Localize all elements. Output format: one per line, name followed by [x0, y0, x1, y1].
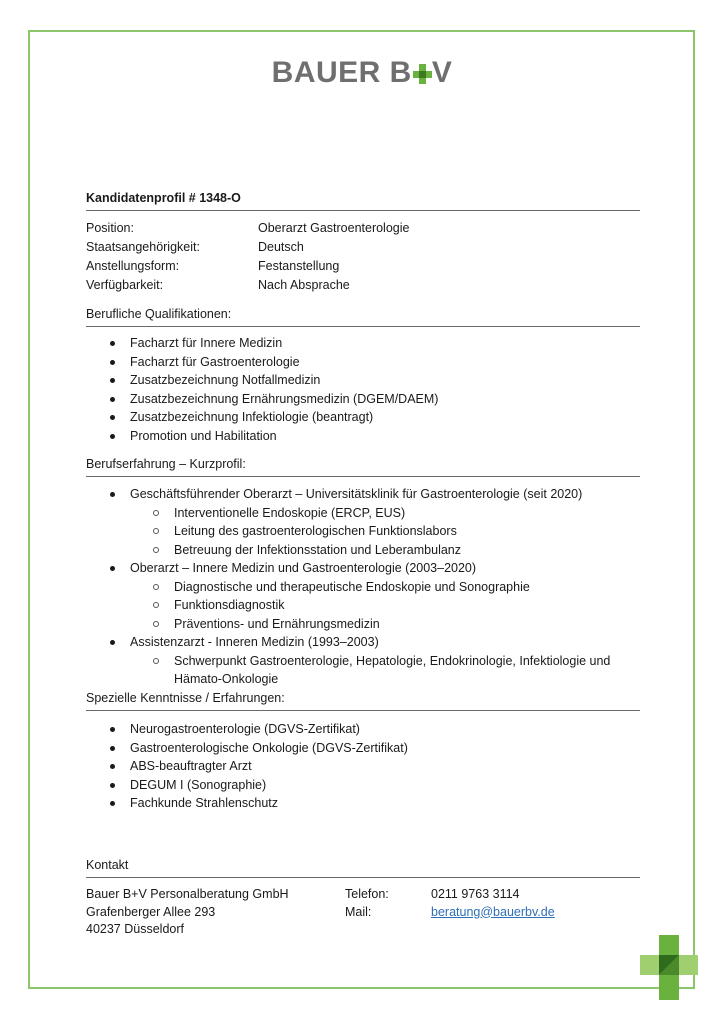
sub-list-item: Interventionelle Endoskopie (ERCP, EUS)	[130, 504, 646, 523]
bullet-icon	[110, 764, 115, 769]
list-item: Oberarzt – Innere Medizin und Gastroente…	[86, 559, 646, 633]
green-plus-icon	[413, 62, 431, 84]
bullet-icon	[110, 801, 115, 806]
contact-address: Bauer B+V Personalberatung GmbH Grafenbe…	[86, 886, 346, 939]
logo-text-right: V	[432, 56, 453, 89]
field-label: Staatsangehörigkeit:	[86, 238, 258, 257]
list-item: Gastroenterologische Onkologie (DGVS-Zer…	[86, 739, 646, 758]
sub-list-item: Präventions- und Ernährungsmedizin	[130, 615, 646, 634]
field-value: Nach Absprache	[258, 276, 350, 295]
field-label: Anstellungsform:	[86, 257, 258, 276]
circle-bullet-icon	[153, 602, 159, 608]
list-item: Zusatzbezeichnung Notfallmedizin	[86, 371, 646, 390]
street: Grafenberger Allee 293	[86, 904, 346, 922]
sub-list-item: Leitung des gastroenterologischen Funkti…	[130, 522, 646, 541]
company-name: Bauer B+V Personalberatung GmbH	[86, 886, 346, 904]
sub-list-item: Funktionsdiagnostik	[130, 596, 646, 615]
circle-bullet-icon	[153, 528, 159, 534]
sub-list: Schwerpunkt Gastroenterologie, Hepatolog…	[130, 652, 646, 689]
phone-number[interactable]: 0211 9763 3114	[431, 886, 651, 904]
email-link[interactable]: beratung@bauerbv.de	[431, 905, 555, 919]
field-value: Deutsch	[258, 238, 304, 257]
bullet-icon	[110, 434, 115, 439]
circle-bullet-icon	[153, 621, 159, 627]
list-item: Fachkunde Strahlenschutz	[86, 794, 646, 813]
circle-bullet-icon	[153, 658, 159, 664]
field-label: Verfügbarkeit:	[86, 276, 258, 295]
list-item: Zusatzbezeichnung Ernährungsmedizin (DGE…	[86, 390, 646, 409]
contact-labels: Telefon: Mail:	[345, 886, 425, 921]
field-row-availability: Verfügbarkeit: Nach Absprache	[86, 276, 640, 295]
bullet-icon	[110, 341, 115, 346]
contact-values: 0211 9763 3114 beratung@bauerbv.de	[431, 886, 651, 921]
field-row-nationality: Staatsangehörigkeit: Deutsch	[86, 238, 640, 257]
bullet-icon	[110, 566, 115, 571]
list-item: Facharzt für Gastroenterologie	[86, 353, 646, 372]
list-item: Geschäftsführender Oberarzt – Universitä…	[86, 485, 646, 559]
list-item: Neurogastroenterologie (DGVS-Zertifikat)	[86, 720, 646, 739]
city: 40237 Düsseldorf	[86, 921, 346, 939]
bullet-icon	[110, 415, 115, 420]
list-item: DEGUM I (Sonographie)	[86, 776, 646, 795]
phone-label: Telefon:	[345, 886, 425, 904]
profile-title: Kandidatenprofil # 1348-O	[86, 189, 640, 211]
field-row-employment: Anstellungsform: Festanstellung	[86, 257, 640, 276]
circle-bullet-icon	[153, 547, 159, 553]
bullet-icon	[110, 492, 115, 497]
bullet-icon	[110, 727, 115, 732]
field-label: Position:	[86, 219, 258, 238]
field-value: Festanstellung	[258, 257, 339, 276]
experience-heading: Berufserfahrung – Kurzprofil:	[86, 455, 640, 477]
bullet-icon	[110, 378, 115, 383]
qualifications-heading: Berufliche Qualifikationen:	[86, 305, 640, 327]
logo-text-left: BAUER B	[272, 56, 412, 89]
circle-bullet-icon	[153, 584, 159, 590]
sub-list: Interventionelle Endoskopie (ERCP, EUS) …	[130, 504, 646, 560]
sub-list-item: Diagnostische und therapeutische Endosko…	[130, 578, 646, 597]
list-item: Facharzt für Innere Medizin	[86, 334, 646, 353]
bullet-icon	[110, 783, 115, 788]
special-skills-list: Neurogastroenterologie (DGVS-Zertifikat)…	[86, 720, 646, 813]
sub-list: Diagnostische und therapeutische Endosko…	[130, 578, 646, 634]
profile-fields: Position: Oberarzt Gastroenterologie Sta…	[86, 219, 640, 295]
list-item: ABS-beauftragter Arzt	[86, 757, 646, 776]
list-item: Zusatzbezeichnung Infektiologie (beantra…	[86, 408, 646, 427]
circle-bullet-icon	[153, 510, 159, 516]
sub-list-item: Schwerpunkt Gastroenterologie, Hepatolog…	[130, 652, 646, 689]
green-cross-icon	[640, 935, 698, 1000]
field-value: Oberarzt Gastroenterologie	[258, 219, 409, 238]
list-item: Assistenzarzt - Inneren Medizin (1993–20…	[86, 633, 646, 689]
experience-list: Geschäftsführender Oberarzt – Universitä…	[86, 485, 646, 689]
bullet-icon	[110, 746, 115, 751]
company-logo: BAUER BV	[0, 56, 724, 90]
mail-label: Mail:	[345, 904, 425, 922]
bullet-icon	[110, 397, 115, 402]
qualifications-list: Facharzt für Innere Medizin Facharzt für…	[86, 334, 646, 445]
sub-list-item: Betreuung der Infektionsstation und Lebe…	[130, 541, 646, 560]
field-row-position: Position: Oberarzt Gastroenterologie	[86, 219, 640, 238]
contact-heading: Kontakt	[86, 856, 640, 878]
special-skills-heading: Spezielle Kenntnisse / Erfahrungen:	[86, 689, 640, 711]
bullet-icon	[110, 640, 115, 645]
list-item: Promotion und Habilitation	[86, 427, 646, 446]
bullet-icon	[110, 360, 115, 365]
